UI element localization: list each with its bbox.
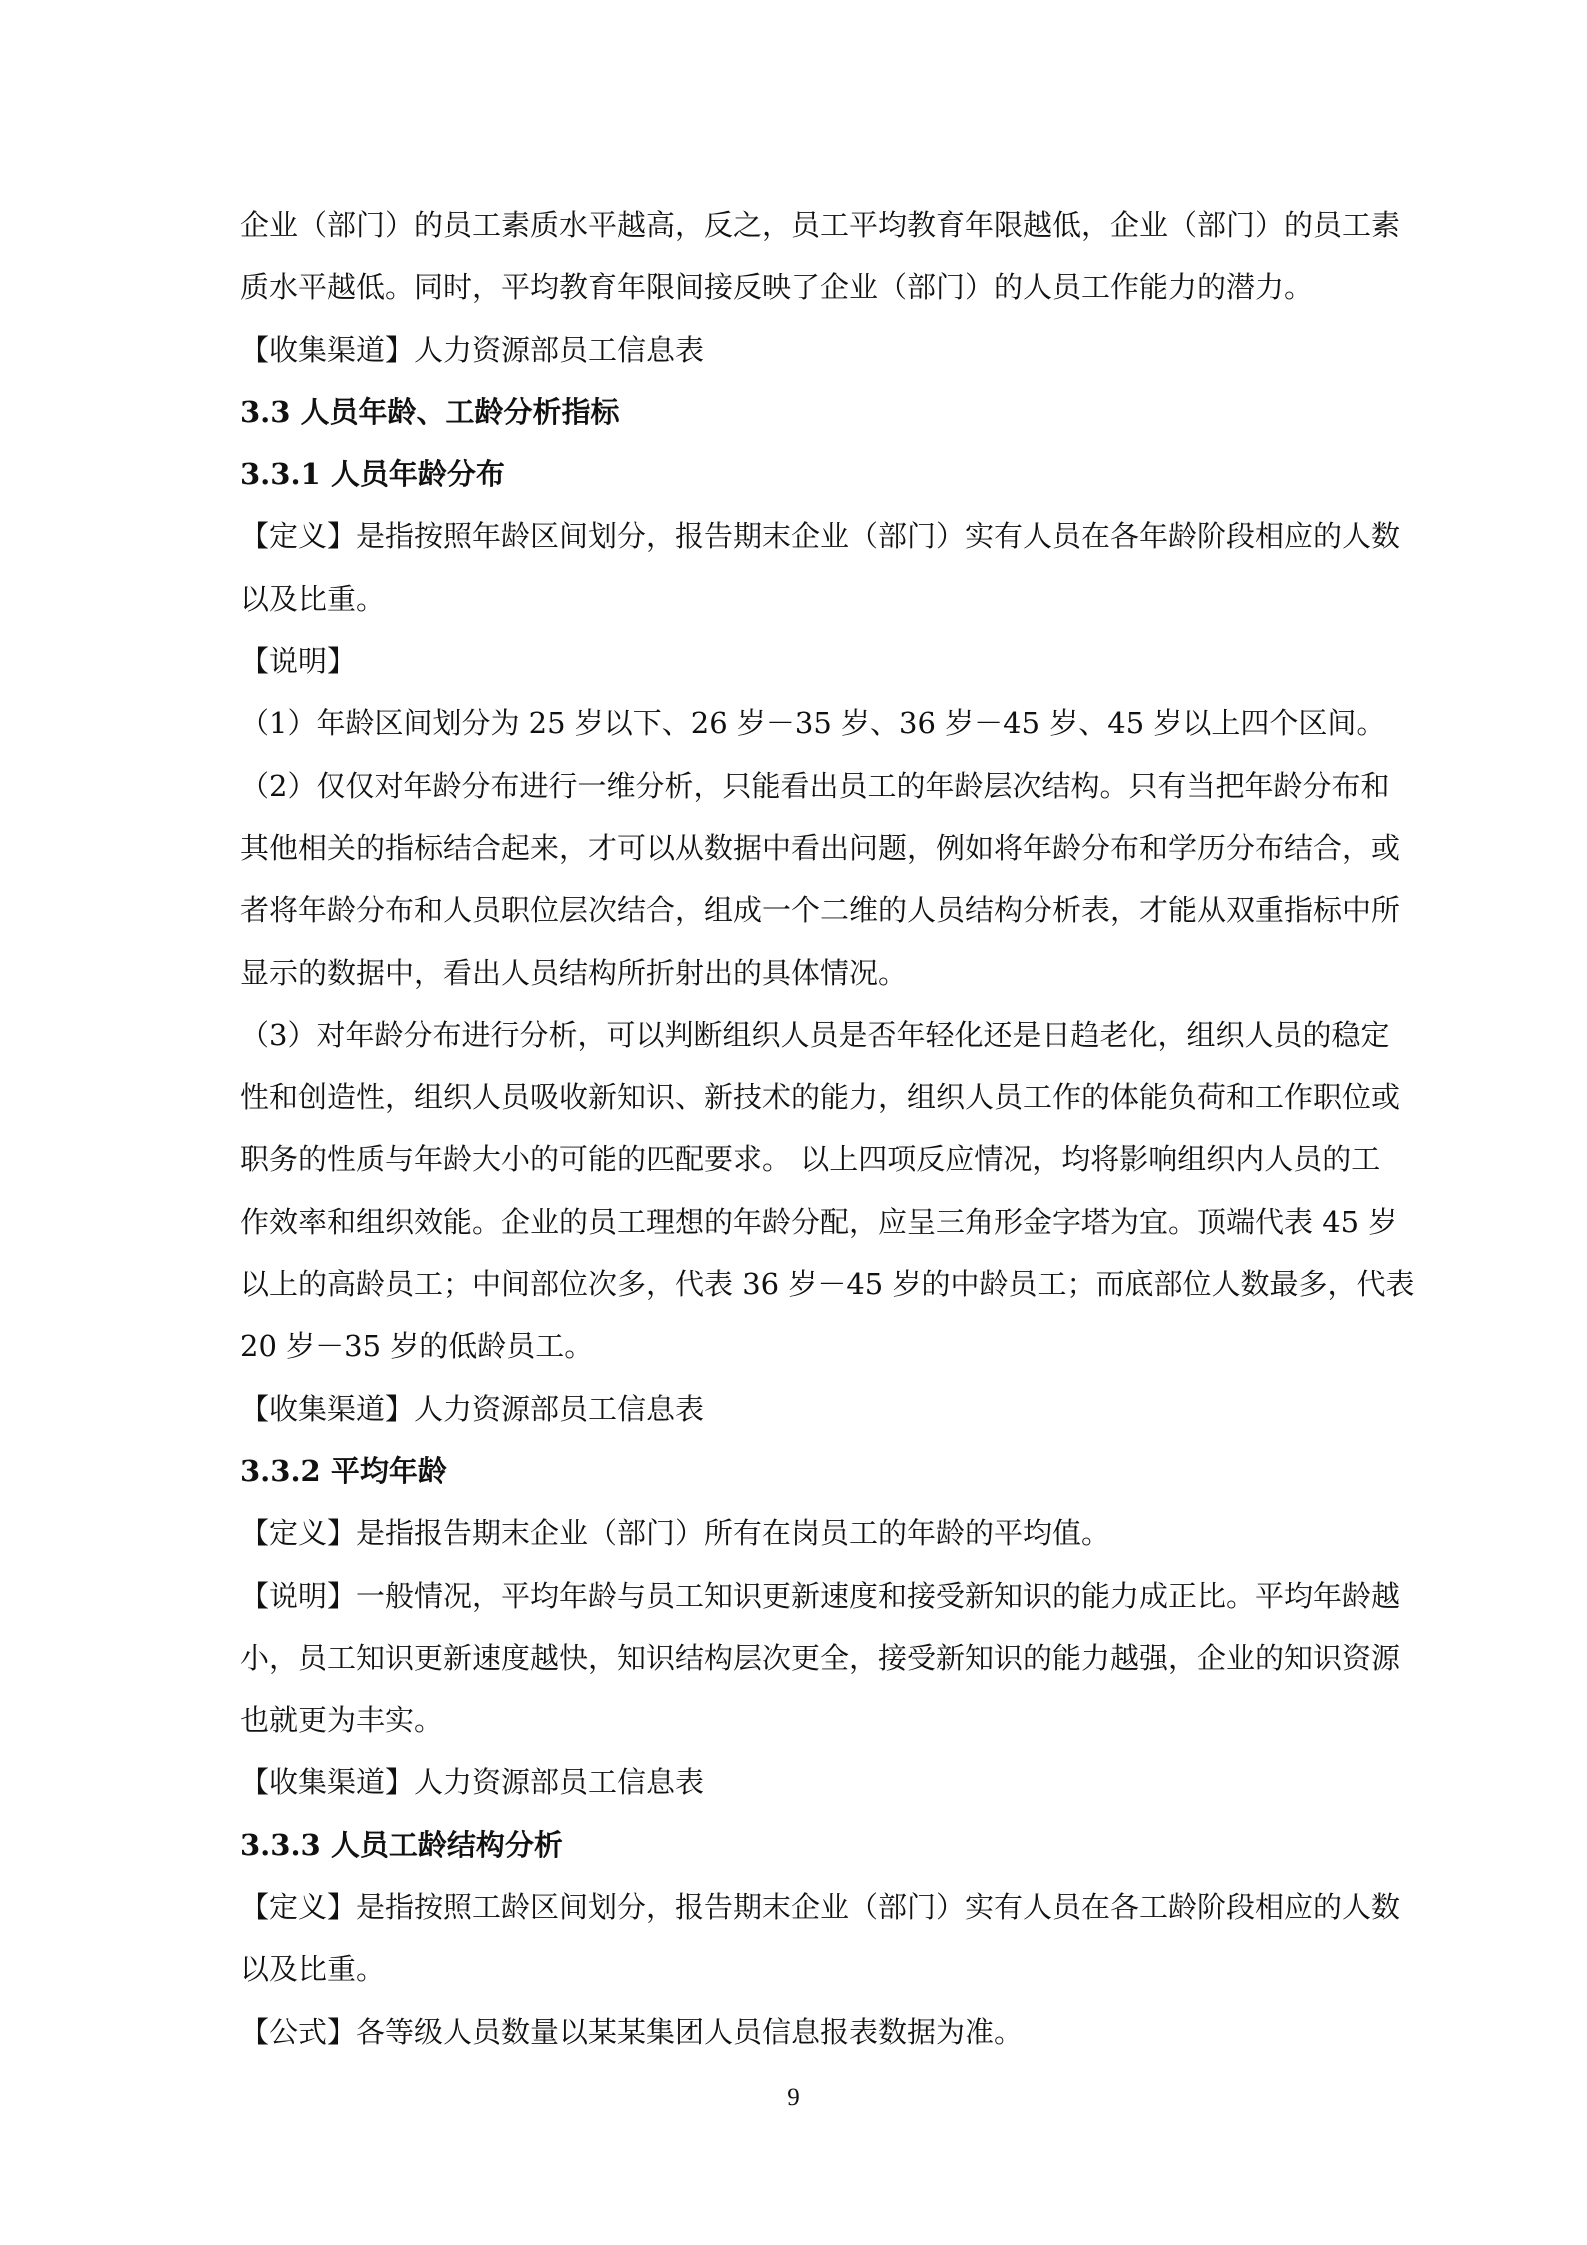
paragraph-line: 以及比重。 — [240, 1938, 1347, 2000]
document-page: 企业（部门）的员工素质水平越高，反之，员工平均教育年限越低，企业（部门）的员工素… — [0, 0, 1587, 2245]
section-3-3-heading: 3.3 人员年龄、工龄分析指标 — [240, 381, 1347, 443]
paragraph-line: 作效率和组织效能。企业的员工理想的年龄分配，应呈三角形金字塔为宜。顶端代表 45… — [240, 1191, 1347, 1253]
paragraph-line: 者将年龄分布和人员职位层次结合，组成一个二维的人员结构分析表，才能从双重指标中所 — [240, 879, 1347, 941]
paragraph-line: 【说明】 — [240, 630, 1347, 692]
heading-text: 3.3.2 平均年龄 — [240, 1440, 1347, 1502]
collection-channel-2: 【收集渠道】人力资源部员工信息表 — [240, 1378, 1347, 1440]
paragraph-line: （1）年龄区间划分为 25 岁以下、26 岁－35 岁、36 岁－45 岁、45… — [240, 692, 1347, 754]
paragraph-line: 【公式】各等级人员数量以某某集团人员信息报表数据为准。 — [240, 2001, 1347, 2063]
paragraph-line: 20 岁－35 岁的低龄员工。 — [240, 1315, 1347, 1377]
paragraph-line: 性和创造性，组织人员吸收新知识、新技术的能力，组织人员工作的体能负荷和工作职位或 — [240, 1066, 1347, 1128]
heading-text: 3.3.1 人员年龄分布 — [240, 443, 1347, 505]
paragraph-line: （2）仅仅对年龄分布进行一维分析，只能看出员工的年龄层次结构。只有当把年龄分布和 — [240, 755, 1347, 817]
section-3-3-3-heading: 3.3.3 人员工龄结构分析 — [240, 1814, 1347, 1876]
paragraph-line: 职务的性质与年龄大小的可能的匹配要求。 以上四项反应情况，均将影响组织内人员的工 — [240, 1128, 1347, 1190]
paragraph-line: 【收集渠道】人力资源部员工信息表 — [240, 1751, 1347, 1813]
paragraph-line: 显示的数据中，看出人员结构所折射出的具体情况。 — [240, 942, 1347, 1004]
page-number: 9 — [0, 2084, 1587, 2112]
age-distribution-note-1: （1）年龄区间划分为 25 岁以下、26 岁－35 岁、36 岁－45 岁、45… — [240, 692, 1347, 754]
collection-channel-1: 【收集渠道】人力资源部员工信息表 — [240, 319, 1347, 381]
age-distribution-note-label: 【说明】 — [240, 630, 1347, 692]
section-3-3-1-heading: 3.3.1 人员年龄分布 — [240, 443, 1347, 505]
paragraph-line: （3）对年龄分布进行分析，可以判断组织人员是否年轻化还是日趋老化，组织人员的稳定 — [240, 1004, 1347, 1066]
section-3-3-2-heading: 3.3.2 平均年龄 — [240, 1440, 1347, 1502]
paragraph-line: 也就更为丰实。 — [240, 1689, 1347, 1751]
paragraph-line: 以上的高龄员工；中间部位次多，代表 36 岁－45 岁的中龄员工；而底部位人数最… — [240, 1253, 1347, 1315]
paragraph-line: 【说明】一般情况，平均年龄与员工知识更新速度和接受新知识的能力成正比。平均年龄越 — [240, 1565, 1347, 1627]
paragraph-line: 【定义】是指按照工龄区间划分，报告期末企业（部门）实有人员在各工龄阶段相应的人数 — [240, 1876, 1347, 1938]
page-body: 企业（部门）的员工素质水平越高，反之，员工平均教育年限越低，企业（部门）的员工素… — [240, 194, 1347, 2063]
heading-text: 3.3 人员年龄、工龄分析指标 — [240, 381, 1347, 443]
average-age-definition: 【定义】是指报告期末企业（部门）所有在岗员工的年龄的平均值。 — [240, 1502, 1347, 1564]
paragraph-line: 质水平越低。同时，平均教育年限间接反映了企业（部门）的人员工作能力的潜力。 — [240, 256, 1347, 318]
age-distribution-note-3: （3）对年龄分布进行分析，可以判断组织人员是否年轻化还是日趋老化，组织人员的稳定… — [240, 1004, 1347, 1378]
paragraph-line: 企业（部门）的员工素质水平越高，反之，员工平均教育年限越低，企业（部门）的员工素 — [240, 194, 1347, 256]
paragraph-line: 其他相关的指标结合起来，才可以从数据中看出问题，例如将年龄分布和学历分布结合，或 — [240, 817, 1347, 879]
paragraph-line: 【定义】是指按照年龄区间划分，报告期末企业（部门）实有人员在各年龄阶段相应的人数 — [240, 505, 1347, 567]
paragraph-line: 【收集渠道】人力资源部员工信息表 — [240, 319, 1347, 381]
age-distribution-note-2: （2）仅仅对年龄分布进行一维分析，只能看出员工的年龄层次结构。只有当把年龄分布和… — [240, 755, 1347, 1004]
paragraph-line: 【定义】是指报告期末企业（部门）所有在岗员工的年龄的平均值。 — [240, 1502, 1347, 1564]
heading-text: 3.3.3 人员工龄结构分析 — [240, 1814, 1347, 1876]
seniority-formula: 【公式】各等级人员数量以某某集团人员信息报表数据为准。 — [240, 2001, 1347, 2063]
education-years-explanation-continued: 企业（部门）的员工素质水平越高，反之，员工平均教育年限越低，企业（部门）的员工素… — [240, 194, 1347, 319]
paragraph-line: 小，员工知识更新速度越快，知识结构层次更全，接受新知识的能力越强，企业的知识资源 — [240, 1627, 1347, 1689]
collection-channel-3: 【收集渠道】人力资源部员工信息表 — [240, 1751, 1347, 1813]
age-distribution-definition: 【定义】是指按照年龄区间划分，报告期末企业（部门）实有人员在各年龄阶段相应的人数… — [240, 505, 1347, 630]
seniority-definition: 【定义】是指按照工龄区间划分，报告期末企业（部门）实有人员在各工龄阶段相应的人数… — [240, 1876, 1347, 2001]
paragraph-line: 【收集渠道】人力资源部员工信息表 — [240, 1378, 1347, 1440]
average-age-note: 【说明】一般情况，平均年龄与员工知识更新速度和接受新知识的能力成正比。平均年龄越… — [240, 1565, 1347, 1752]
paragraph-line: 以及比重。 — [240, 568, 1347, 630]
